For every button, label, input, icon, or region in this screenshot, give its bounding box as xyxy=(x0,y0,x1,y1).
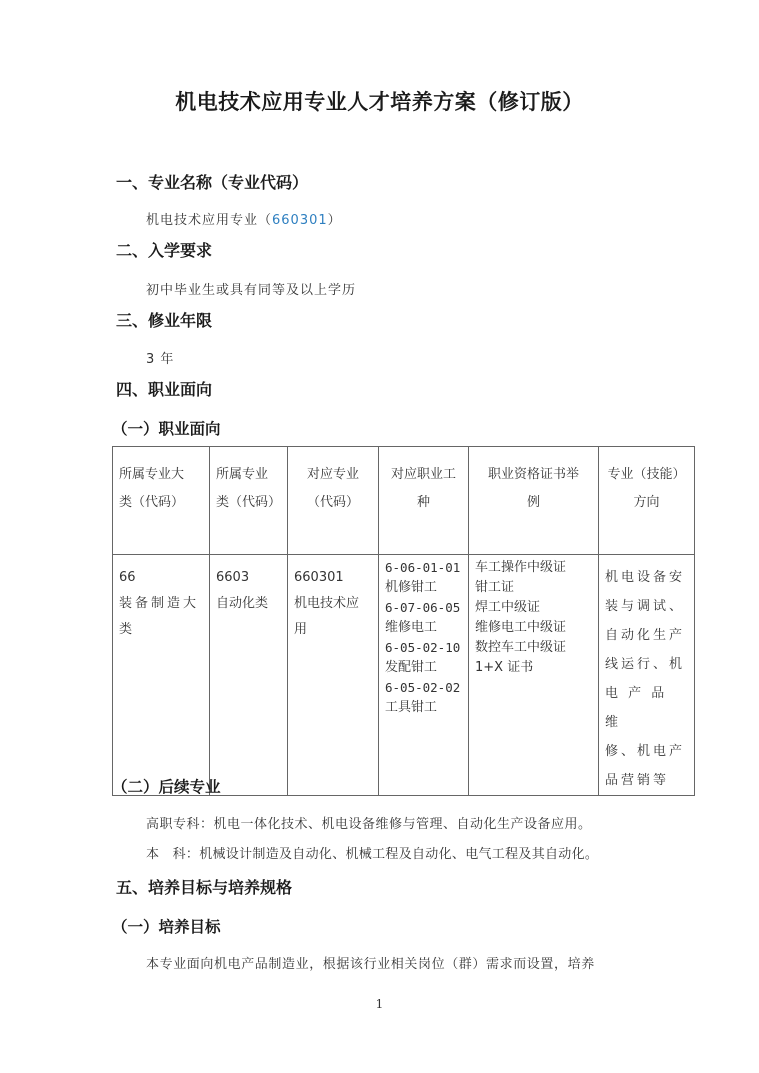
header-cell: 专业（技能） 方向 xyxy=(599,447,695,555)
header-line: 对应职业工 xyxy=(379,461,468,489)
cell-code: 6603 xyxy=(216,565,281,591)
header-line: 类（代码） xyxy=(216,489,287,517)
section-5-heading: 五、培养目标与培养规格 xyxy=(116,875,292,898)
section-4-2-heading: （二）后续专业 xyxy=(112,775,221,797)
header-line: 方向 xyxy=(599,489,694,517)
direction-line: 修、机电产 xyxy=(605,737,688,766)
occupation-code: 6-06-01-01 xyxy=(385,558,464,578)
header-line: 类（代码） xyxy=(119,489,209,517)
occupation-code: 6-05-02-02 xyxy=(385,678,464,698)
direction-line: 装与调试、 xyxy=(605,592,688,621)
header-cell: 职业资格证书举 例 xyxy=(469,447,599,555)
major-name-text: 机电技术应用专业（ xyxy=(146,213,272,228)
certificate-item: 焊工中级证 xyxy=(475,598,594,618)
certificate-item: 维修电工中级证 xyxy=(475,618,594,638)
direction-line: 机电设备安 xyxy=(605,563,688,592)
table-cell-certificates: 车工操作中级证 钳工证 焊工中级证 维修电工中级证 数控车工中级证 1+X 证书 xyxy=(469,555,599,796)
occupation-code: 6-05-02-10 xyxy=(385,638,464,658)
section-4-1-heading: （一）职业面向 xyxy=(112,417,221,439)
section-4-heading: 四、职业面向 xyxy=(116,377,212,400)
cell-line: 自动化类 xyxy=(216,591,281,617)
cell-line: 机电技术应 xyxy=(294,591,372,617)
occupation-code: 6-07-06-05 xyxy=(385,598,464,618)
admission-requirement-text: 初中毕业生或具有同等及以上学历 xyxy=(146,279,356,298)
section-2-heading: 二、入学要求 xyxy=(116,238,212,261)
table-header-row: 所属专业大 类（代码） 所属专业 类（代码） 对应专业 （代码） 对应职业工 种… xyxy=(113,447,695,555)
header-cell: 对应职业工 种 xyxy=(379,447,469,555)
table-row: 66 装备制造大 类 6603 自动化类 660301 机电技术应 用 xyxy=(113,555,695,796)
occupation-name: 维修电工 xyxy=(385,618,464,638)
cell-code: 660301 xyxy=(294,565,372,591)
major-name-suffix: ） xyxy=(328,213,342,228)
cell-line: 装备制造大 xyxy=(119,591,203,617)
certificate-item: 钳工证 xyxy=(475,578,594,598)
certificate-item: 车工操作中级证 xyxy=(475,558,594,578)
direction-line: 品营销等 xyxy=(605,766,688,795)
occupation-name: 工具钳工 xyxy=(385,698,464,718)
table-cell-major: 660301 机电技术应 用 xyxy=(288,555,379,796)
undergraduate-line: 本 科：机械设计制造及自动化、机械工程及自动化、电气工程及其自动化。 xyxy=(146,843,598,862)
header-line: （代码） xyxy=(288,489,378,517)
section-3-heading: 三、修业年限 xyxy=(116,308,212,331)
table-cell-major-category: 66 装备制造大 类 xyxy=(113,555,210,796)
section-5-1-heading: （一）培养目标 xyxy=(112,915,221,937)
cell-code: 66 xyxy=(119,565,203,591)
occupation-name: 机修钳工 xyxy=(385,578,464,598)
page-number: 1 xyxy=(0,997,759,1011)
header-cell: 所属专业大 类（代码） xyxy=(113,447,210,555)
header-line: 例 xyxy=(469,489,598,517)
major-name-paragraph: 机电技术应用专业（660301） xyxy=(146,209,342,228)
table-cell-direction: 机电设备安 装与调试、 自动化生产 线运行、机 电 产 品 维 修、机电产 品营… xyxy=(599,555,695,796)
section-1-heading: 一、专业名称（专业代码） xyxy=(116,170,308,193)
header-line: 专业（技能） xyxy=(599,461,694,489)
table-cell-major-class: 6603 自动化类 xyxy=(210,555,288,796)
occupation-table: 所属专业大 类（代码） 所属专业 类（代码） 对应专业 （代码） 对应职业工 种… xyxy=(112,446,695,796)
direction-line: 自动化生产 xyxy=(605,621,688,650)
occupation-name: 发配钳工 xyxy=(385,658,464,678)
document-title: 机电技术应用专业人才培养方案（修订版） xyxy=(0,86,759,116)
certificate-item: 数控车工中级证 xyxy=(475,638,594,658)
header-line: 对应专业 xyxy=(288,461,378,489)
cell-line: 用 xyxy=(294,617,372,643)
training-goal-text: 本专业面向机电产品制造业，根据该行业相关岗位（群）需求而设置，培养 xyxy=(146,953,595,972)
certificate-item: 1+X 证书 xyxy=(475,658,594,678)
direction-line: 线运行、机 xyxy=(605,650,688,679)
higher-vocational-line: 高职专科：机电一体化技术、机电设备维修与管理、自动化生产设备应用。 xyxy=(146,813,592,832)
cell-line: 类 xyxy=(119,617,203,643)
header-cell: 对应专业 （代码） xyxy=(288,447,379,555)
header-line: 所属专业大 xyxy=(119,461,209,489)
direction-line: 电 产 品 维 xyxy=(605,679,688,737)
table-cell-occupations: 6-06-01-01 机修钳工 6-07-06-05 维修电工 6-05-02-… xyxy=(379,555,469,796)
header-line: 职业资格证书举 xyxy=(469,461,598,489)
header-line: 种 xyxy=(379,489,468,517)
study-duration-text: 3 年 xyxy=(146,348,174,367)
header-cell: 所属专业 类（代码） xyxy=(210,447,288,555)
header-line: 所属专业 xyxy=(216,461,287,489)
major-code: 660301 xyxy=(272,213,328,228)
